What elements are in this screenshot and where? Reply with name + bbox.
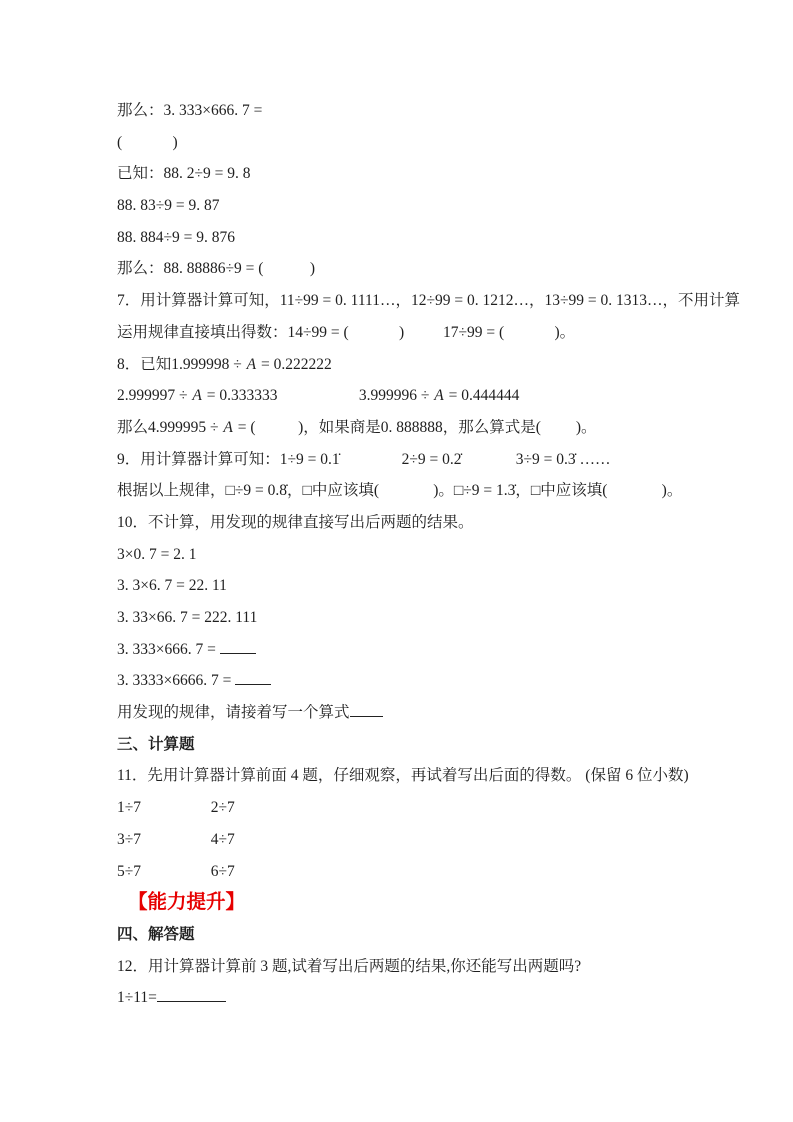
section-4-heading: 四、解答题 bbox=[117, 919, 733, 951]
variable-a: A bbox=[222, 419, 233, 436]
q12-equation-1-text: 1÷11= bbox=[117, 989, 157, 1006]
variable-a: A bbox=[433, 387, 444, 404]
answer-blank bbox=[235, 670, 271, 686]
q10-equation-4: 3. 333×666. 7 = bbox=[117, 634, 733, 666]
q11-row-3: 5÷7 6÷7 bbox=[117, 856, 733, 888]
worksheet-page: 那么：3. 333×666. 7 = ( ) 已知：88. 2÷9 = 9. 8… bbox=[0, 0, 793, 1122]
answer-blank bbox=[350, 701, 383, 717]
q10-followup-text: 用发现的规律，请接着写一个算式 bbox=[117, 704, 350, 721]
q8-line-3: 那么4.999995 ÷ A = ( )，如果商是0. 888888，那么算式是… bbox=[117, 412, 733, 444]
q9-line-2: 根据以上规律，□÷9 = 0.8̇，□中应该填( )。□÷9 = 1.3̇，□中… bbox=[117, 475, 733, 507]
q7-line-1: 7．用计算器计算可知，11÷99 = 0. 1111…，12÷99 = 0. 1… bbox=[117, 285, 733, 317]
variable-a: A bbox=[191, 387, 202, 404]
section-3-heading: 三、计算题 bbox=[117, 729, 733, 761]
q8-line1-pre: 8．已知1.999998 ÷ bbox=[117, 356, 246, 373]
q6-given-line: 已知：88. 2÷9 = 9. 8 bbox=[117, 158, 733, 190]
q8-line2-gap bbox=[277, 387, 358, 404]
q12-line-1: 12．用计算器计算前 3 题,试着写出后两题的结果,你还能写出两题吗? bbox=[117, 951, 733, 983]
q8-line3-post: = ( )，如果商是0. 888888，那么算式是( )。 bbox=[234, 419, 597, 436]
q6-answer-parens: ( ) bbox=[117, 127, 733, 159]
q11-row-1: 1÷7 2÷7 bbox=[117, 792, 733, 824]
q8-line2b-pre: 3.999996 ÷ bbox=[359, 387, 433, 404]
q8-line2a-pre: 2.999997 ÷ bbox=[117, 387, 191, 404]
q8-line1-post: = 0.222222 bbox=[257, 356, 332, 373]
q8-line-1: 8．已知1.999998 ÷ A = 0.222222 bbox=[117, 349, 733, 381]
q6-equation-3: 88. 884÷9 = 9. 876 bbox=[117, 222, 733, 254]
q10-followup: 用发现的规律，请接着写一个算式 bbox=[117, 697, 733, 729]
answer-blank bbox=[220, 638, 256, 654]
q8-line2b-post: = 0.444444 bbox=[445, 387, 520, 404]
q8-line2a-post: = 0.333333 bbox=[203, 387, 278, 404]
q6-then-line-2: 那么：88. 88886÷9 = ( ) bbox=[117, 253, 733, 285]
q10-equation-1: 3×0. 7 = 2. 1 bbox=[117, 539, 733, 571]
q11-row-2: 3÷7 4÷7 bbox=[117, 824, 733, 856]
q10-line-1: 10．不计算，用发现的规律直接写出后两题的结果。 bbox=[117, 507, 733, 539]
q10-equation-5: 3. 3333×6666. 7 = bbox=[117, 665, 733, 697]
q9-line-1: 9．用计算器计算可知：1÷9 = 0.1̇ 2÷9 = 0.2̇ 3÷9 = 0… bbox=[117, 444, 733, 476]
q10-equation-4-text: 3. 333×666. 7 = bbox=[117, 641, 220, 658]
q8-line3-pre: 那么4.999995 ÷ bbox=[117, 419, 222, 436]
variable-a: A bbox=[246, 356, 257, 373]
q10-equation-3: 3. 33×66. 7 = 222. 111 bbox=[117, 602, 733, 634]
q11-line-1: 11．先用计算器计算前面 4 题，仔细观察，再试着写出后面的得数。 (保留 6 … bbox=[117, 760, 733, 792]
q10-equation-2: 3. 3×6. 7 = 22. 11 bbox=[117, 570, 733, 602]
q6-then-line: 那么：3. 333×666. 7 = bbox=[117, 95, 733, 127]
answer-blank bbox=[157, 987, 226, 1003]
q6-equation-2: 88. 83÷9 = 9. 87 bbox=[117, 190, 733, 222]
q10-equation-5-text: 3. 3333×6666. 7 = bbox=[117, 672, 235, 689]
ability-heading: 【能力提升】 bbox=[117, 887, 733, 919]
q7-line-2: 运用规律直接填出得数：14÷99 = ( ) 17÷99 = ( )。 bbox=[117, 317, 733, 349]
q8-line-2: 2.999997 ÷ A = 0.333333 3.999996 ÷ A = 0… bbox=[117, 380, 733, 412]
q12-equation-1: 1÷11= bbox=[117, 982, 733, 1014]
